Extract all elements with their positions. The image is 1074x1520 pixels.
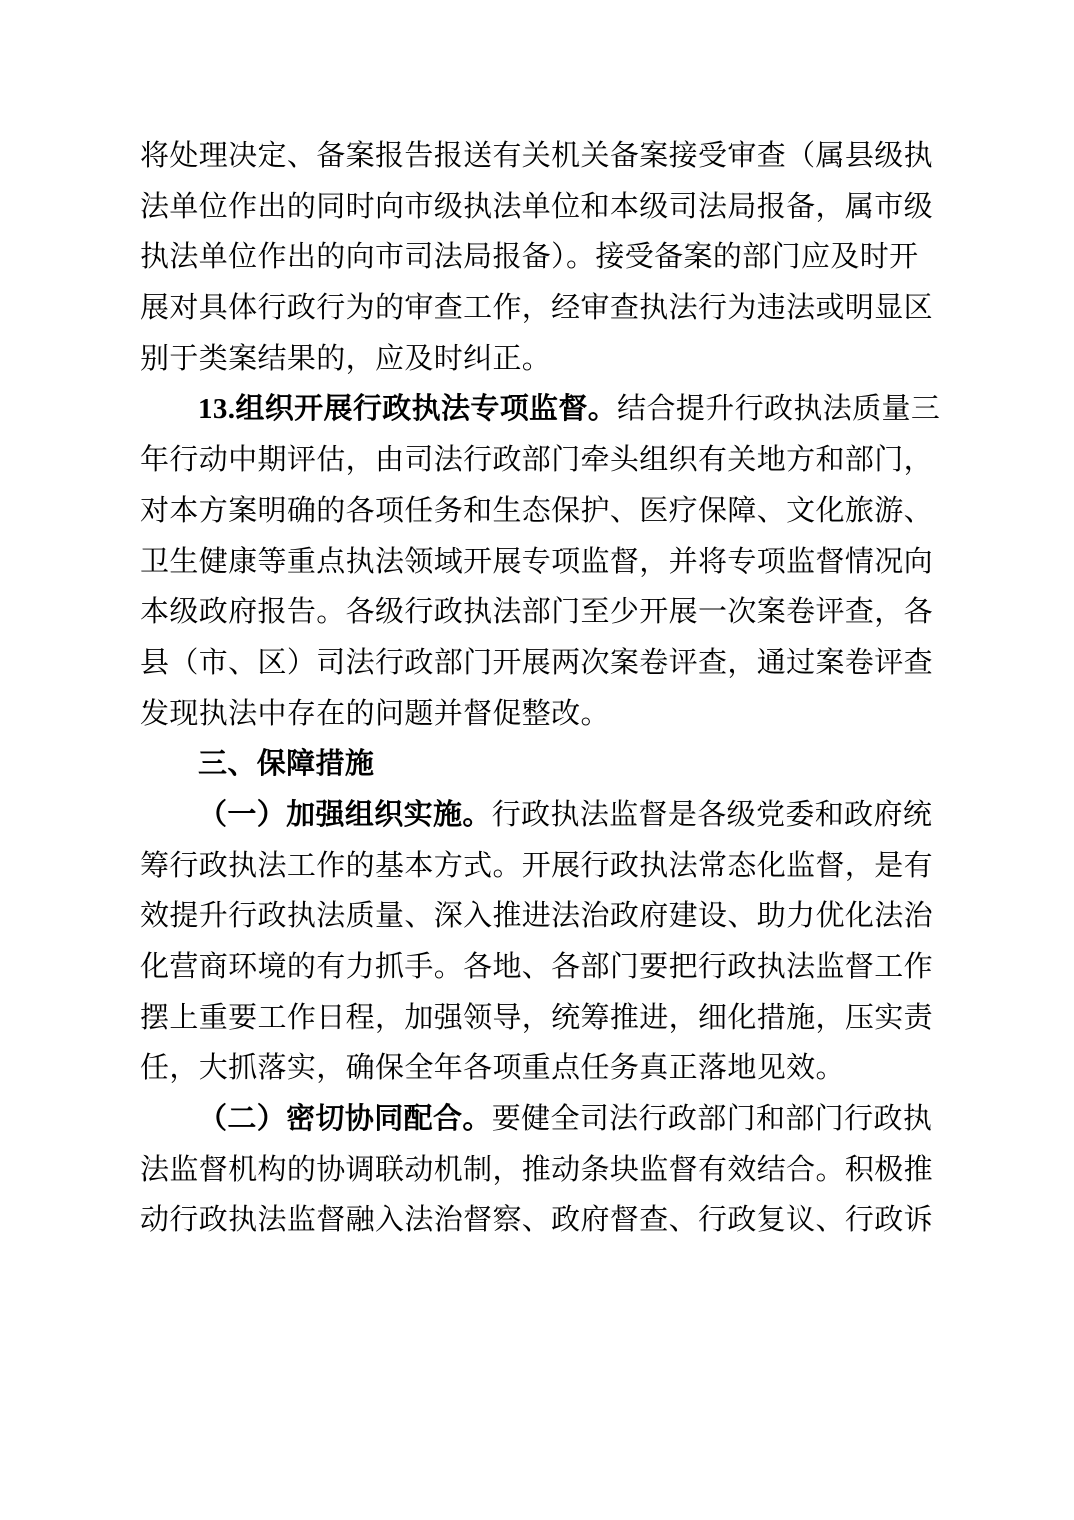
text-line: 摆上重要工作日程，加强领导，统筹推进，细化措施，压实责	[140, 993, 935, 1044]
measure-2-lead-rest: 要健全司法行政部门和部门行政执	[492, 1103, 933, 1135]
text-line: 别于类案结果的，应及时纠正。	[140, 334, 935, 385]
text-line: 将处理决定、备案报告报送有关机关备案接受审查（属县级执	[140, 131, 935, 182]
measure-1-lead-bold: （一）加强组织实施。	[198, 799, 492, 831]
text-line: 筹行政执法工作的基本方式。开展行政执法常态化监督，是有	[140, 841, 935, 892]
text-line: 展对具体行政行为的审查工作，经审查执法行为违法或明显区	[140, 283, 935, 334]
text-line: 13.组织开展行政执法专项监督。结合提升行政执法质量三	[140, 384, 935, 435]
text-line: 化营商环境的有力抓手。各地、各部门要把行政执法监督工作	[140, 942, 935, 993]
text-line: 卫生健康等重点执法领域开展专项监督，并将专项监督情况向	[140, 537, 935, 588]
item-13-lead-bold: 13.组织开展行政执法专项监督。	[198, 393, 617, 425]
section-heading-3: 三、保障措施	[140, 739, 935, 790]
measure-2-lead-bold: （二）密切协同配合。	[198, 1103, 492, 1135]
paragraph-measure-1: （一）加强组织实施。行政执法监督是各级党委和政府统 筹行政执法工作的基本方式。开…	[140, 790, 935, 1094]
paragraph-continuation: 将处理决定、备案报告报送有关机关备案接受审查（属县级执 法单位作出的同时向市级执…	[140, 131, 935, 384]
text-line: 年行动中期评估，由司法行政部门牵头组织有关地方和部门，	[140, 435, 935, 486]
text-line: 法监督机构的协调联动机制，推动条块监督有效结合。积极推	[140, 1145, 935, 1196]
text-line: 动行政执法监督融入法治督察、政府督查、行政复议、行政诉	[140, 1195, 935, 1246]
text-line: 对本方案明确的各项任务和生态保护、医疗保障、文化旅游、	[140, 486, 935, 537]
paragraph-measure-2: （二）密切协同配合。要健全司法行政部门和部门行政执 法监督机构的协调联动机制，推…	[140, 1094, 935, 1246]
text-line: 任，大抓落实，确保全年各项重点任务真正落地见效。	[140, 1043, 935, 1094]
text-line: 县（市、区）司法行政部门开展两次案卷评查，通过案卷评查	[140, 638, 935, 689]
measure-1-lead-rest: 行政执法监督是各级党委和政府统	[492, 799, 933, 831]
text-line: 发现执法中存在的问题并督促整改。	[140, 689, 935, 740]
item-13-lead-rest: 结合提升行政执法质量三	[617, 393, 940, 425]
text-line: 法单位作出的同时向市级执法单位和本级司法局报备，属市级	[140, 182, 935, 233]
text-line: 效提升行政执法质量、深入推进法治政府建设、助力优化法治	[140, 891, 935, 942]
document-page: 将处理决定、备案报告报送有关机关备案接受审查（属县级执 法单位作出的同时向市级执…	[0, 0, 1074, 1520]
document-text-block: 将处理决定、备案报告报送有关机关备案接受审查（属县级执 法单位作出的同时向市级执…	[140, 131, 935, 1246]
text-line: 执法单位作出的向市司法局报备）。接受备案的部门应及时开	[140, 232, 935, 283]
text-line: 本级政府报告。各级行政执法部门至少开展一次案卷评查，各	[140, 587, 935, 638]
text-line: （二）密切协同配合。要健全司法行政部门和部门行政执	[140, 1094, 935, 1145]
paragraph-item-13: 13.组织开展行政执法专项监督。结合提升行政执法质量三 年行动中期评估，由司法行…	[140, 384, 935, 739]
text-line: （一）加强组织实施。行政执法监督是各级党委和政府统	[140, 790, 935, 841]
